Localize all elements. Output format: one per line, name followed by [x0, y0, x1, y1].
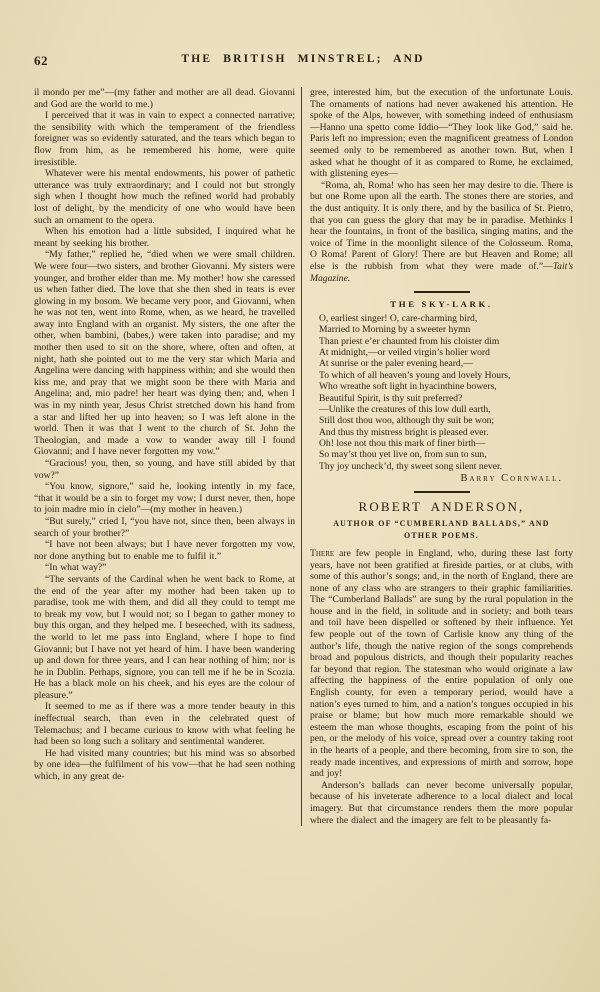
journal-title: THE BRITISH MINSTREL; AND [34, 53, 572, 65]
paragraph: “Gracious! you, then, so young, and have… [34, 458, 295, 481]
paragraph: Whatever were his mental endowments, his… [34, 168, 295, 226]
paragraph: “Roma, ah, Roma! who has seen her may de… [310, 180, 573, 284]
poem-line: Than priest e’er chaunted from his clois… [319, 336, 573, 347]
section-divider [414, 491, 470, 493]
paragraph: “In what way?” [34, 562, 295, 574]
left-column: il mondo per me”—(my father and mother a… [34, 87, 302, 826]
paragraph: He had visited many countries; but his m… [34, 748, 295, 783]
book-page: 62 THE BRITISH MINSTREL; AND il mondo pe… [0, 0, 600, 992]
paragraph: Anderson’s ballads can never become univ… [310, 780, 573, 826]
paragraph: I perceived that it was in vain to expec… [34, 110, 295, 168]
running-head: 62 THE BRITISH MINSTREL; AND [34, 53, 572, 71]
paragraph: “I have not been always; but I have neve… [34, 539, 295, 562]
paragraph: “But surely,” cried I, “you have not, si… [34, 516, 295, 539]
paragraph: gree, interested him, but the execution … [310, 87, 573, 180]
poem-line: To which of all heaven’s young and lovel… [319, 370, 573, 381]
poem-line: Still dost thou woo, although thy suit b… [319, 415, 573, 426]
poem-line: Beautiful Spirit, is thy suit preferred? [319, 393, 573, 404]
section-divider [414, 291, 470, 293]
poem-line: —Unlike the creatures of this low dull e… [319, 404, 573, 415]
lead-word: There [310, 548, 334, 559]
article-paragraph-text: are few people in England, who, during t… [310, 548, 573, 779]
right-column: gree, interested him, but the execution … [302, 87, 573, 826]
poem-line: At midnight,—or veiled virgin’s holier w… [319, 347, 573, 358]
article-title: ROBERT ANDERSON, [310, 499, 573, 515]
paragraph: It seemed to me as if there was a more t… [34, 701, 295, 747]
paragraph: “My father,” replied he, “died when we w… [34, 249, 295, 458]
poem: O, earliest singer! O, care-charming bir… [319, 313, 573, 472]
paragraph: il mondo per me”—(my father and mother a… [34, 87, 295, 110]
article-subtitle-line1: AUTHOR OF “CUMBERLAND BALLADS,” AND [310, 518, 573, 531]
poem-title: THE SKY-LARK. [310, 299, 573, 309]
poem-line: O, earliest singer! O, care-charming bir… [319, 313, 573, 324]
paragraph: When his emotion had a little subsided, … [34, 226, 295, 249]
paragraph: “The servants of the Cardinal when he we… [34, 574, 295, 702]
poem-line: At sunrise or the paler evening heard,— [319, 358, 573, 369]
page-number: 62 [34, 53, 48, 69]
poem-line: Thy joy uncheck’d, thy sweet song silent… [319, 461, 573, 472]
poem-line: Who wreathe soft light in hyacinthine bo… [319, 381, 573, 392]
poem-attribution: Barry Cornwall. [310, 473, 563, 484]
poem-line: So may’st thou yet live on, from sun to … [319, 449, 573, 460]
article-subtitle-line2: OTHER POEMS. [310, 530, 573, 543]
two-column-text-block: il mondo per me”—(my father and mother a… [34, 87, 573, 826]
roma-paragraph-text: “Roma, ah, Roma! who has seen her may de… [310, 180, 573, 272]
paragraph: There are few people in England, who, du… [310, 548, 573, 780]
poem-line: Married to Morning by a sweeter hymn [319, 324, 573, 335]
poem-line: And thus thy mistress bright is pleased … [319, 427, 573, 438]
paragraph: “You know, signore,” said he, looking in… [34, 481, 295, 516]
poem-line: Oh! lose not thou this mark of finer bir… [319, 438, 573, 449]
